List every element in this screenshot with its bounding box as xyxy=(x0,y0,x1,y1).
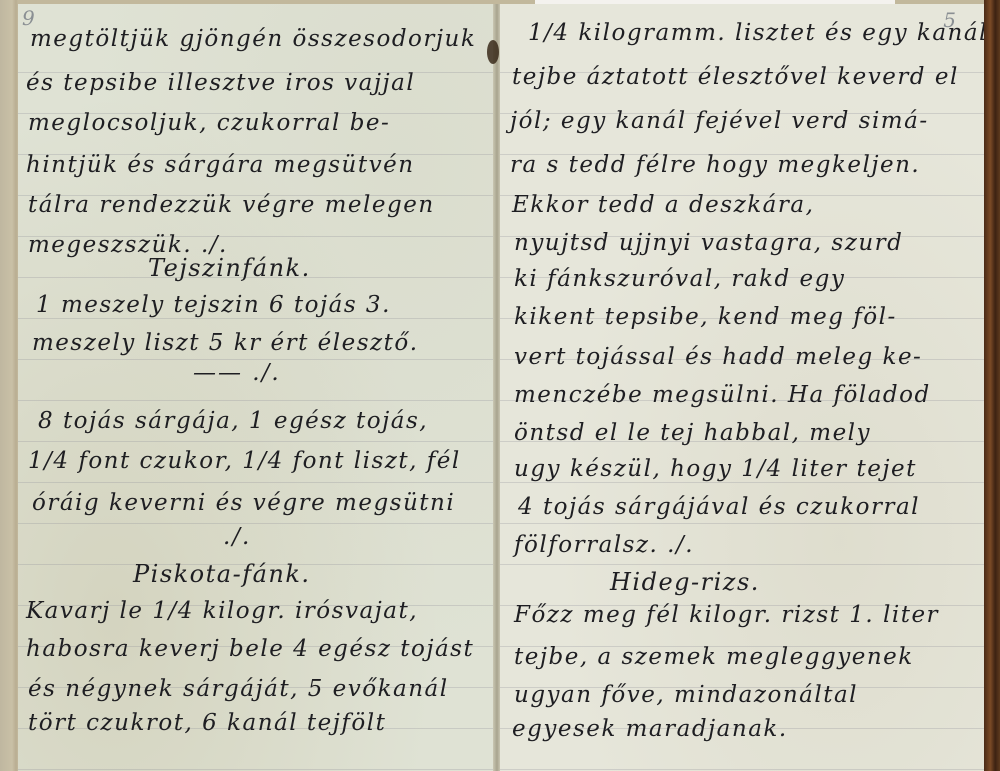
handwritten-line: Ekkor tedd a deszkára, xyxy=(512,192,814,218)
handwritten-line: menczébe megsülni. Ha föladod xyxy=(514,382,931,408)
handwritten-line: 1/4 kilogramm. lisztet és egy kanál xyxy=(528,20,984,46)
handwritten-line: jól; egy kanál fejével verd simá- xyxy=(510,108,929,134)
paper-damage-hole xyxy=(487,40,499,64)
handwritten-line: tört czukrot, 6 kanál tejfölt xyxy=(28,710,386,736)
handwritten-line: megtöltjük gjöngén összesodorjuk xyxy=(30,26,476,52)
handwritten-line: ra s tedd félre hogy megkeljen. xyxy=(510,152,920,178)
handwritten-line: Főzz meg fél kilogr. rizst 1. liter xyxy=(514,602,939,628)
right-page: 5 1/4 kilogramm. lisztet és egy kanáltej… xyxy=(500,4,984,771)
handwritten-line: 4 tojás sárgájával és czukorral xyxy=(518,494,920,520)
handwritten-line: egyesek maradjanak. xyxy=(512,716,788,742)
handwritten-line: és tepsibe illesztve iros vajjal xyxy=(26,70,415,96)
handwritten-line: tejbe, a szemek megleggyenek xyxy=(514,644,914,670)
book-cover-edge xyxy=(984,0,1000,771)
section-separator: ./. xyxy=(223,524,251,550)
handwritten-line: ki fánkszuróval, rakd egy xyxy=(514,266,845,292)
handwritten-line: vert tojással és hadd meleg ke- xyxy=(514,344,922,370)
handwritten-line: meglocsoljuk, czukorral be- xyxy=(28,110,390,136)
handwritten-line: meszely liszt 5 kr ért élesztő. xyxy=(32,330,419,356)
handwritten-line: öntsd el le tej habbal, mely xyxy=(514,420,871,446)
handwritten-line: tejbe áztatott élesztővel keverd el xyxy=(512,64,959,90)
handwritten-line: nyujtsd ujjnyi vastagra, szurd xyxy=(514,230,903,256)
handwritten-line: Kavarj le 1/4 kilogr. irósvajat, xyxy=(26,598,418,624)
handwritten-line: kikent tepsibe, kend meg föl- xyxy=(514,304,897,330)
handwritten-line: és négynek sárgáját, 5 evőkanál xyxy=(28,676,449,702)
handwritten-line: ugy készül, hogy 1/4 liter tejet xyxy=(514,456,917,482)
handwritten-line: habosra keverj bele 4 egész tojást xyxy=(26,636,474,662)
handwritten-line: óráig keverni és végre megsütni xyxy=(32,490,455,516)
handwritten-line: 1/4 font czukor, 1/4 font liszt, fél xyxy=(28,448,461,474)
left-page: 9 megtöltjük gjöngén összesodorjukés tep… xyxy=(18,4,496,771)
handwritten-line: tálra rendezzük végre melegen xyxy=(28,192,435,218)
handwritten-line: 8 tojás sárgája, 1 egész tojás, xyxy=(38,408,428,434)
recipe-title: Tejszinfánk. xyxy=(148,254,311,282)
section-separator: —— ./. xyxy=(193,360,281,386)
handwritten-line: 1 meszely tejszin 6 tojás 3. xyxy=(36,292,391,318)
handwritten-line: fölforralsz. ./. xyxy=(514,532,694,558)
handwritten-line: hintjük és sárgára megsütvén xyxy=(26,152,415,178)
recipe-title: Hideg-rizs. xyxy=(610,568,760,596)
recipe-title: Piskota-fánk. xyxy=(133,560,311,588)
handwritten-line: ugyan főve, mindazonáltal xyxy=(514,682,858,708)
